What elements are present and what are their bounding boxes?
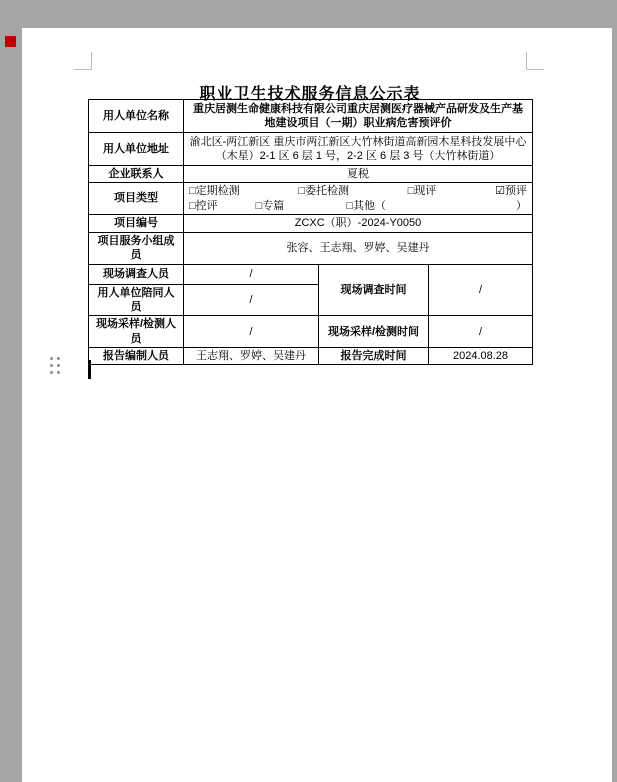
info-table: 用人单位名称 重庆居测生命健康科技有限公司重庆居测医疗器械产品研发及生产基地建设…: [88, 99, 533, 365]
employer-name-value: 重庆居测生命健康科技有限公司重庆居测医疗器械产品研发及生产基地建设项目（一期）职…: [184, 100, 533, 133]
text-cursor: [88, 360, 91, 379]
report-done-time-label: 报告完成时间: [319, 348, 429, 365]
checkbox-control-evaluation[interactable]: □控评: [189, 199, 218, 213]
table-row: 用人单位地址 渝北区-两江新区 重庆市两江新区大竹林街道高新园木星科技发展中心（…: [89, 133, 533, 166]
report-authors-label: 报告编制人员: [89, 348, 184, 365]
other-close-paren: ）: [516, 199, 527, 213]
project-number-value: ZCXC（职）-2024-Y0050: [184, 214, 533, 232]
employer-address-value: 渝北区-两江新区 重庆市两江新区大竹林街道高新园木星科技发展中心（木星）2-1 …: [184, 133, 533, 166]
employer-escort-staff-label: 用人单位陪同人员: [89, 284, 184, 316]
drag-handle-icon[interactable]: [50, 357, 60, 374]
company-contact-value: 夏税: [184, 166, 533, 183]
service-team-value: 张容、王志翔、罗婷、吴建丹: [184, 232, 533, 264]
project-number-label: 项目编号: [89, 214, 184, 232]
service-team-label: 项目服务小组成员: [89, 232, 184, 264]
table-row: 项目服务小组成员 张容、王志翔、罗婷、吴建丹: [89, 232, 533, 264]
sampling-staff-value: /: [184, 316, 319, 348]
checkbox-current-evaluation[interactable]: □现评: [408, 184, 437, 198]
report-authors-value: 王志翔、罗婷、吴建丹: [184, 348, 319, 365]
sampling-time-label: 现场采样/检测时间: [319, 316, 429, 348]
project-type-options: □定期检测 □委托检测 □现评 ☑预评 □控评 □专篇 □其他（ ）: [184, 183, 533, 215]
checkbox-special-chapter[interactable]: □专篇: [256, 199, 285, 213]
project-type-line1: □定期检测 □委托检测 □现评 ☑预评: [189, 184, 527, 198]
table-row: 项目编号 ZCXC（职）-2024-Y0050: [89, 214, 533, 232]
site-survey-time-label: 现场调查时间: [319, 264, 429, 316]
table-row: 现场调查人员 / 现场调查时间 /: [89, 264, 533, 284]
red-marker: [5, 36, 16, 47]
report-done-time-value: 2024.08.28: [429, 348, 533, 365]
employer-address-label: 用人单位地址: [89, 133, 184, 166]
checkbox-entrusted-inspection[interactable]: □委托检测: [298, 184, 349, 198]
employer-escort-staff-value: /: [184, 284, 319, 316]
company-contact-label: 企业联系人: [89, 166, 184, 183]
project-type-label: 项目类型: [89, 183, 184, 215]
checkbox-pre-evaluation-checked[interactable]: ☑预评: [495, 184, 527, 198]
site-survey-time-value: /: [429, 264, 533, 316]
table-row: 报告编制人员 王志翔、罗婷、吴建丹 报告完成时间 2024.08.28: [89, 348, 533, 365]
margin-corner-mark-top-left: [74, 52, 92, 70]
table-row: 现场采样/检测人员 / 现场采样/检测时间 /: [89, 316, 533, 348]
table-row: 企业联系人 夏税: [89, 166, 533, 183]
margin-corner-mark-top-right: [526, 52, 544, 70]
checkbox-other[interactable]: □其他（: [346, 199, 386, 213]
sampling-staff-label: 现场采样/检测人员: [89, 316, 184, 348]
table-row: 项目类型 □定期检测 □委托检测 □现评 ☑预评 □控评 □专篇 □其他（ ）: [89, 183, 533, 215]
project-type-line2: □控评 □专篇 □其他（ ）: [189, 199, 527, 213]
employer-name-label: 用人单位名称: [89, 100, 184, 133]
checkbox-periodic-inspection[interactable]: □定期检测: [189, 184, 240, 198]
table-row: 用人单位名称 重庆居测生命健康科技有限公司重庆居测医疗器械产品研发及生产基地建设…: [89, 100, 533, 133]
sampling-time-value: /: [429, 316, 533, 348]
site-survey-staff-label: 现场调查人员: [89, 264, 184, 284]
site-survey-staff-value: /: [184, 264, 319, 284]
